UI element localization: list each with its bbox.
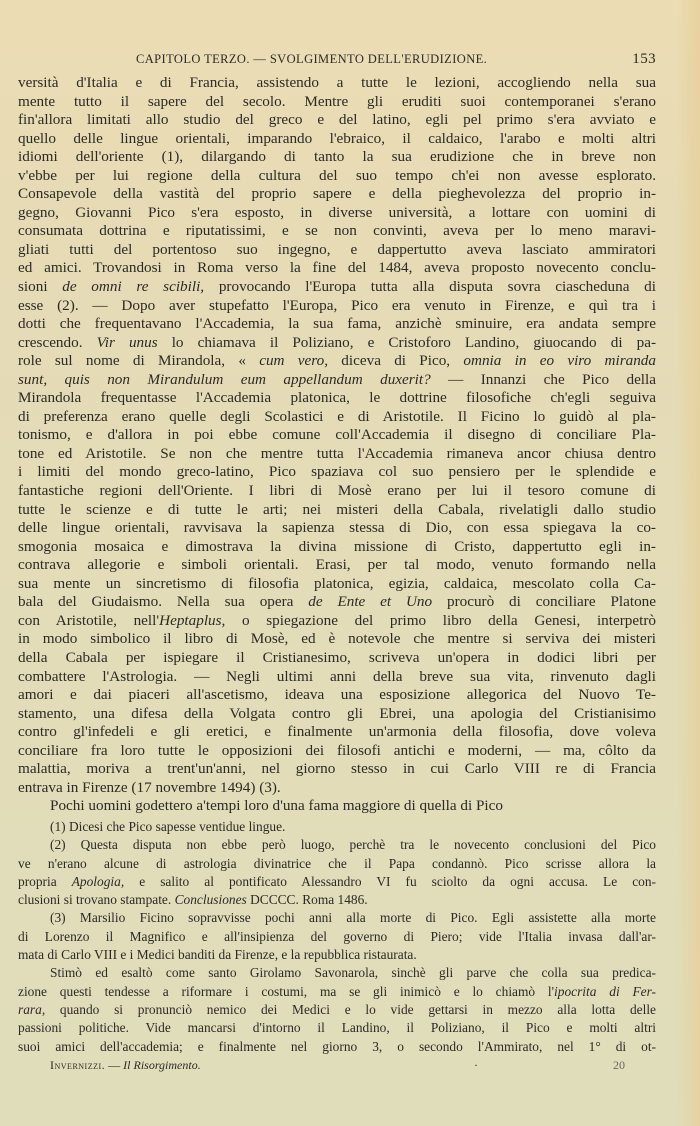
body-line: malattia, moriva a trent'un'anni, nel gi… — [18, 760, 656, 779]
footnote-line: ve n'erano alcune di astrologia divinatr… — [18, 855, 656, 873]
body-line: combattere l'Astrologia. — Negli ultimi … — [18, 668, 656, 687]
body-line: role sul nome di Mirandola, « cum vero, … — [18, 352, 656, 371]
body-line: bala del Giudaismo. Nella sua opera de E… — [18, 593, 656, 612]
body-line: sunt, quis non Mirandulum eum appellandu… — [18, 371, 656, 390]
italic-phrase: sunt, quis non Mirandulum eum appellandu… — [18, 371, 431, 388]
body-line: smogonia mosaica e dimostrava la divina … — [18, 538, 656, 557]
italic-phrase: rara, — [18, 1002, 45, 1017]
body-line: tutte le scienze e di tutte le arti; nei… — [18, 501, 656, 520]
body-line: ed amici. Trovandosi in Roma verso la fi… — [18, 259, 656, 278]
body-line: i limiti del mondo greco-latino, Pico sp… — [18, 463, 656, 482]
body-line: quello delle lingue orientali, imparando… — [18, 130, 656, 149]
italic-phrase: de omni re scibili, — [62, 278, 204, 295]
body-line: sua mente un sincretismo di filosofia pl… — [18, 575, 656, 594]
signature-separator: — — [105, 1058, 123, 1072]
body-line: Pochi uomini godettero a'tempi loro d'un… — [18, 797, 656, 816]
footnote-line: (2) Questa disputa non ebbe però luogo, … — [18, 836, 656, 854]
body-line: di preferenza erano quelle degli Scolast… — [18, 408, 656, 427]
body-line: sioni de omni re scibili, provocando l'E… — [18, 278, 656, 297]
italic-phrase: cum vero, — [259, 352, 328, 369]
body-line: mente tutto il sapere del secolo. Mentre… — [18, 93, 656, 112]
body-line: gliati tutti del portentoso suo ingegno,… — [18, 241, 656, 260]
footnotes: (1) Dicesi che Pico sapesse ventidue lin… — [18, 818, 656, 1056]
body-line: in modo simbolico il libro di Mosè, ed è… — [18, 630, 656, 649]
body-line: contrava allegorie e simboli orientali. … — [18, 556, 656, 575]
italic-phrase: omnia in eo viro miranda — [463, 352, 656, 369]
body-line: versità d'Italia e di Francia, assistend… — [18, 74, 656, 93]
body-line: gegno, Giovanni Pico s'era esposto, in d… — [18, 204, 656, 223]
body-line: entrava in Firenze (17 novembre 1494) (3… — [18, 779, 656, 798]
italic-phrase: Conclusiones — [175, 892, 247, 907]
footnote-line: passioni politiche. Vide mancarsi d'into… — [18, 1019, 656, 1037]
body-line: stamento, una difesa della Volgata contr… — [18, 705, 656, 724]
body-line: consumata dottrina e riputatissimi, e se… — [18, 222, 656, 241]
footnote-line: suoi amici dell'accademia; e finalmente … — [18, 1038, 656, 1056]
body-line: tonismo, e d'allora in poi ebbe comune c… — [18, 426, 656, 445]
footnote-line: Stimò ed esaltò come santo Girolamo Savo… — [18, 964, 656, 982]
body-line: Consapevole della vastità del proprio sa… — [18, 185, 656, 204]
body-text: versità d'Italia e di Francia, assistend… — [18, 74, 656, 816]
signature-line: Invernizzi. — Il Risorgimento. · 20 — [50, 1058, 625, 1074]
footnote-line: (3) Marsilio Ficino sopravvisse pochi an… — [18, 909, 656, 927]
signature-title: Il Risorgimento. — [123, 1058, 201, 1072]
italic-phrase: Apologia, — [72, 874, 124, 889]
italic-phrase: Heptaplus, — [159, 612, 225, 629]
body-line: delle lingue orientali, ravvisava la sap… — [18, 519, 656, 538]
footnote-line: rara, quando si pronunciò nemico dei Med… — [18, 1001, 656, 1019]
body-line: della Cabala per ispiegare il Cristianes… — [18, 649, 656, 668]
body-line: dotti che frequentavano l'Accademia, la … — [18, 315, 656, 334]
page-number: 153 — [632, 51, 656, 68]
body-line: crescendo. Vir unus lo chiamava il Poliz… — [18, 334, 656, 353]
body-line: v'ebbe per lui regione della cultura del… — [18, 167, 656, 186]
footnote-line: propria Apologia, e salito al pontificat… — [18, 873, 656, 891]
body-line: esse (2). — Dopo aver stupefatto l'Europ… — [18, 297, 656, 316]
body-line: conciliare fra loro tutte le opposizioni… — [18, 742, 656, 761]
footnote-line: mata di Carlo VIII e i Medici banditi da… — [18, 946, 656, 964]
italic-phrase: Vir unus — [97, 334, 158, 351]
running-head: CAPITOLO TERZO. — SVOLGIMENTO DELL'ERUDI… — [18, 52, 656, 70]
italic-phrase: de Ente et Uno — [308, 593, 432, 610]
body-line: tone ed Aristotile. Se non che mentre tu… — [18, 445, 656, 464]
body-line: Mirandola frequentasse l'Accademia plato… — [18, 389, 656, 408]
body-line: contro gl'infedeli e gli eretici, e fina… — [18, 723, 656, 742]
footnote-line: zione questi tendesse a riformare i cost… — [18, 983, 656, 1001]
footnote-line: (1) Dicesi che Pico sapesse ventidue lin… — [18, 818, 656, 836]
signature-dot: · — [474, 1058, 478, 1073]
page-edge-shadow — [676, 0, 700, 1126]
italic-phrase: ipocrita di Fer- — [554, 984, 656, 999]
footnote-line: clusioni si trovano stampate. Conclusion… — [18, 891, 656, 909]
signature-author: Invernizzi. — [50, 1058, 105, 1072]
body-line: con Aristotile, nell'Heptaplus, o spiega… — [18, 612, 656, 631]
signature-number: 20 — [613, 1058, 625, 1073]
body-line: idiomi dell'oriente (1), dilargando di t… — [18, 148, 656, 167]
body-line: amori e dai piaceri all'ascetismo, ideav… — [18, 686, 656, 705]
footnote-line: di Lorenzo il Magnifico e all'insipienza… — [18, 928, 656, 946]
body-line: fantastiche regioni dell'Oriente. I libr… — [18, 482, 656, 501]
body-line: fin'allora limitati allo studio del grec… — [18, 111, 656, 130]
chapter-title: CAPITOLO TERZO. — SVOLGIMENTO DELL'ERUDI… — [136, 52, 487, 67]
